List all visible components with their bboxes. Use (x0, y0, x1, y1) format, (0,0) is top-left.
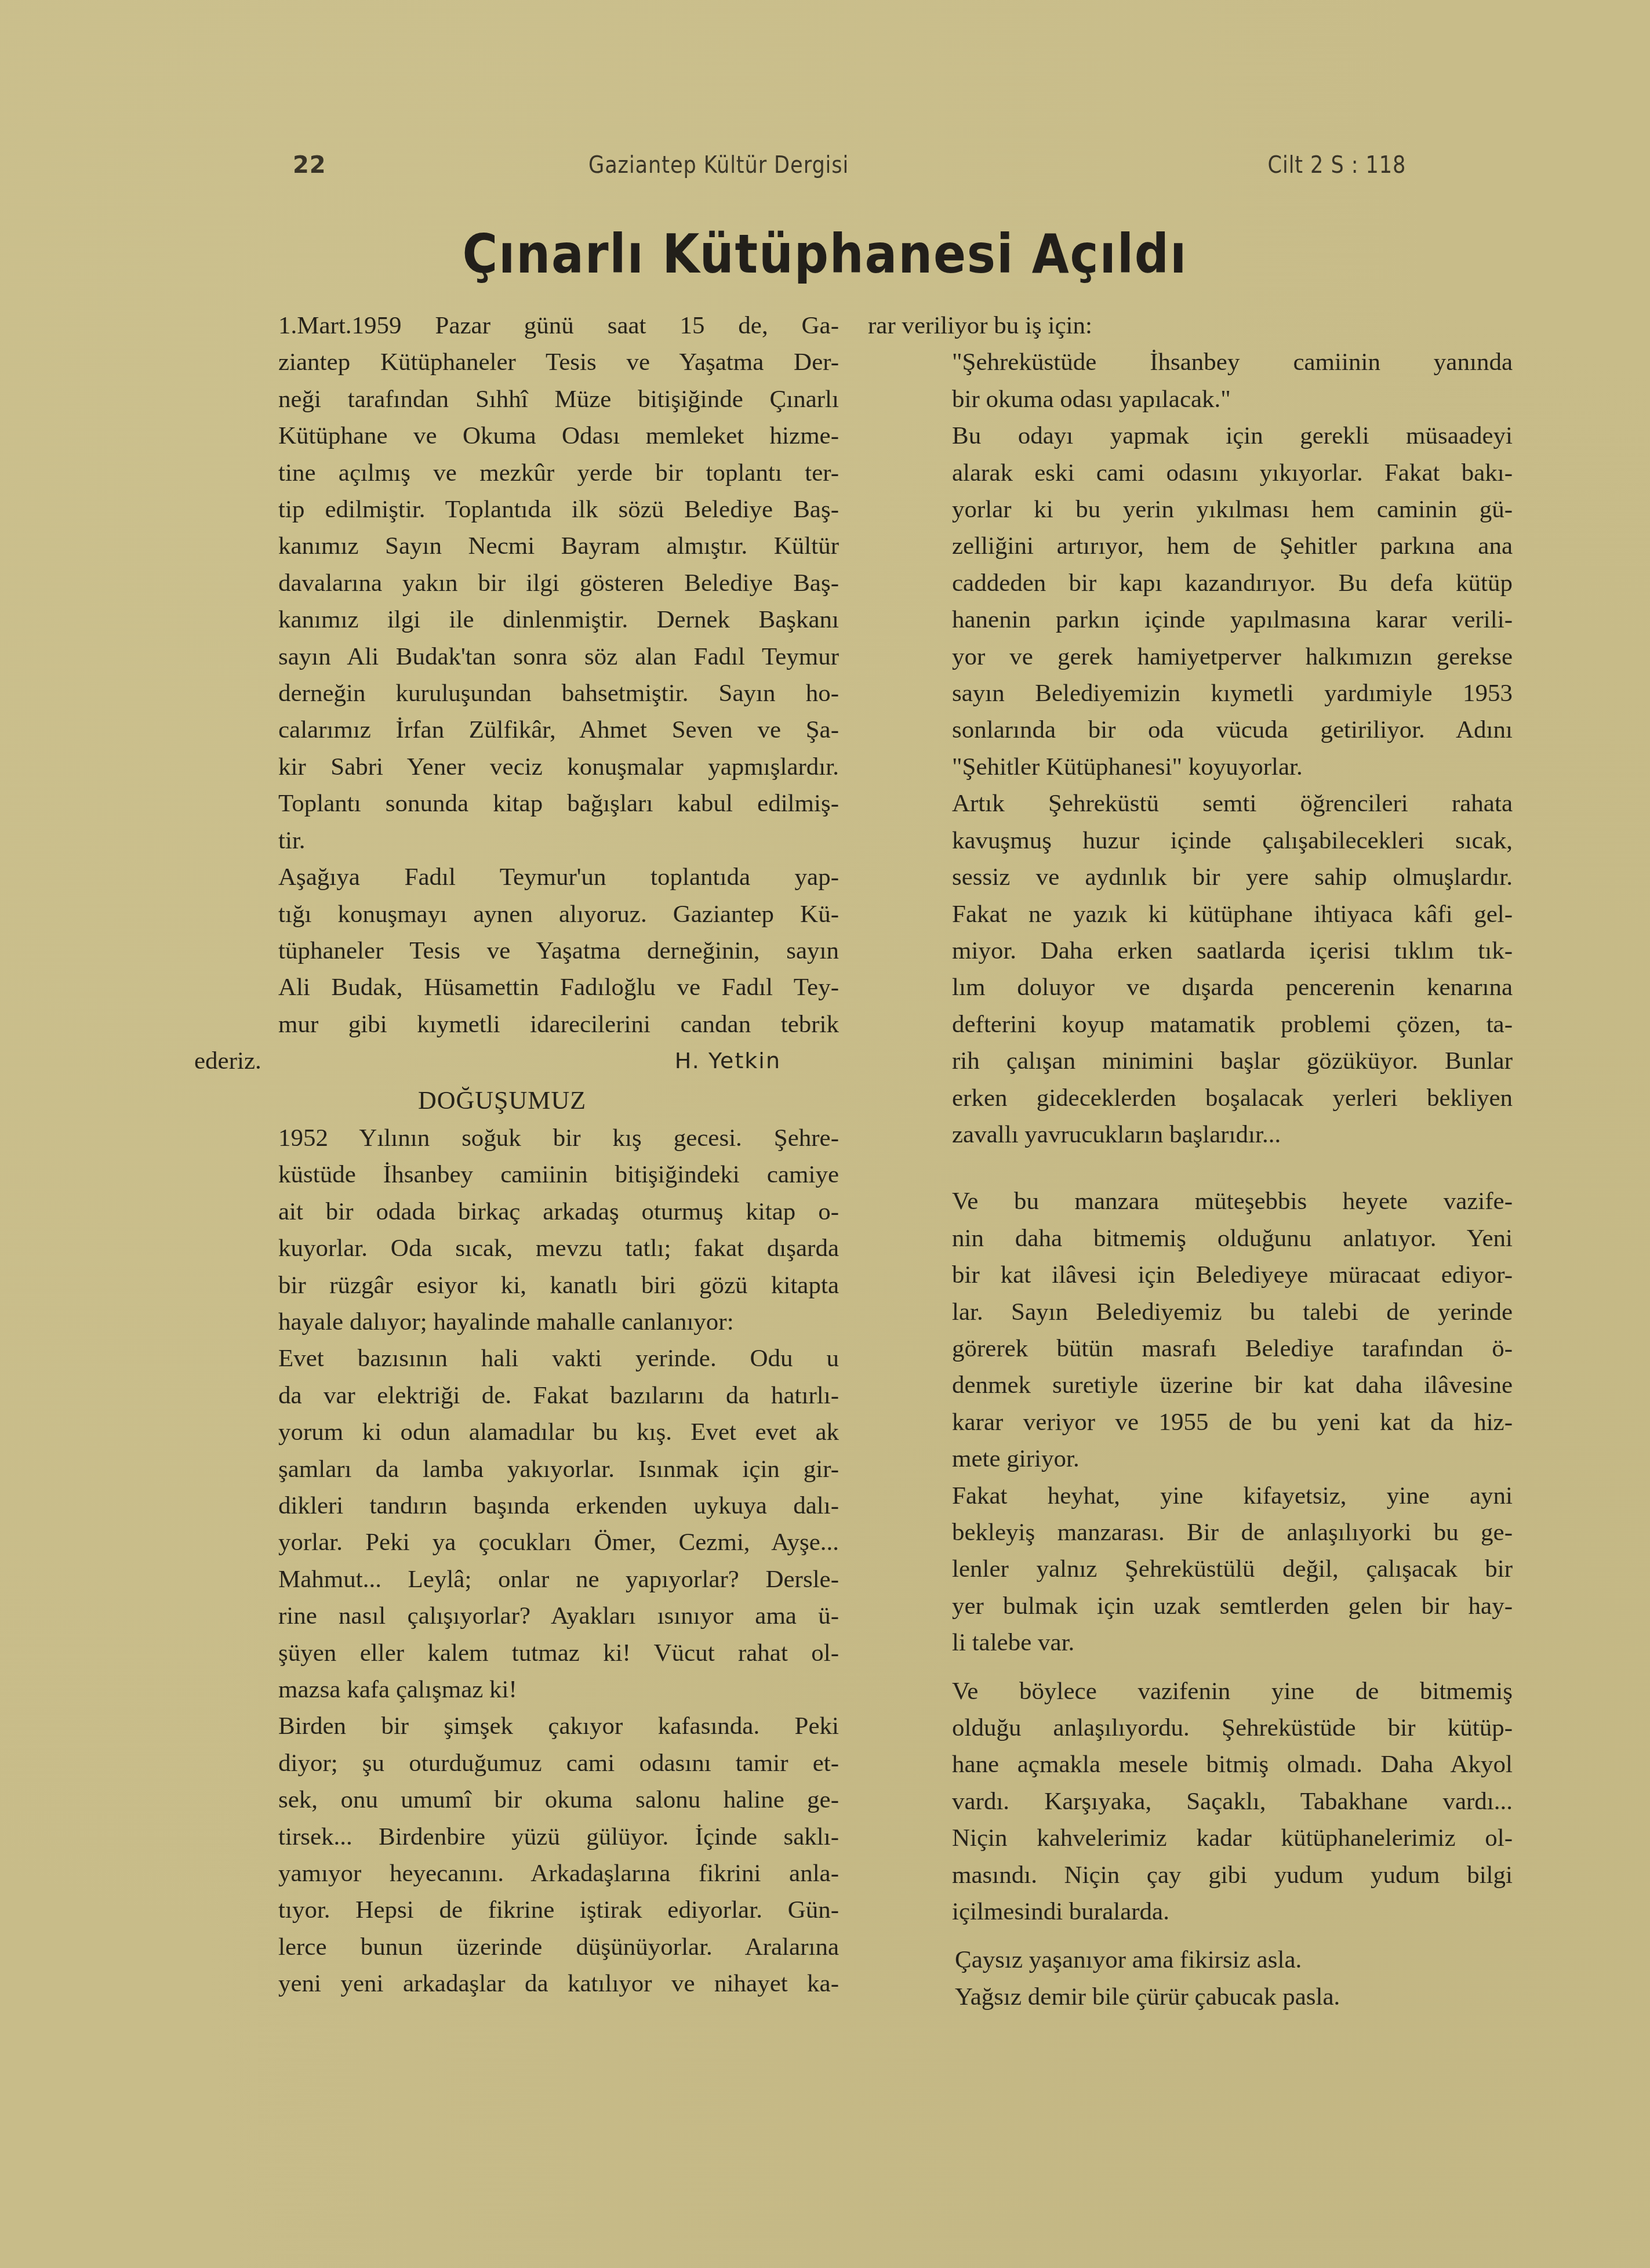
text-line: "Şehreküstüde İhsanbey camiinin yanında (868, 344, 1513, 380)
text-line: yeni yeni arkadaşlar da katılıyor ve nih… (194, 1965, 839, 2002)
signature-row: ederiz. H. Yetkin (194, 1043, 839, 1079)
text-line: zelliğini artırıyor, hem de Şehitler par… (868, 528, 1513, 564)
text-line: kanımız Sayın Necmi Bayram almıştır. Kül… (194, 528, 839, 564)
text-line: neği tarafından Sıhhî Müze bitişiğinde Ç… (194, 381, 839, 418)
text-line: Artık Şehreküstü semti öğrencileri rahat… (868, 785, 1513, 822)
text-line: sayın Belediyemizin kıymetli yardımiyle … (868, 675, 1513, 712)
paragraph: Bu odayı yapmak için gerekli müsaadeyi a… (868, 418, 1513, 785)
text-line: Fakat heyhat, yine kifayetsiz, yine ayni (868, 1478, 1513, 1514)
paragraph-continuation: rar veriliyor bu iş için: (868, 307, 1513, 344)
text-line: yorum ki odun alamadılar bu kış. Evet ev… (194, 1414, 839, 1450)
text-line: yor ve gerek hamiyetperver halkımızın ge… (868, 638, 1513, 675)
text-line: Mahmut... Leylâ; onlar ne yapıyorlar? De… (194, 1561, 839, 1598)
quote-paragraph: "Şehreküstüde İhsanbey camiinin yanında … (868, 344, 1513, 418)
paragraph: Ve böylece vazifenin yine de bitmemiş ol… (868, 1673, 1513, 1930)
text-line: mur gibi kıymetli idarecilerini candan t… (194, 1006, 839, 1043)
paragraph: 1952 Yılının soğuk bir kış gecesi. Şehre… (194, 1120, 839, 1340)
text-line: caddeden bir kapı kazandırıyor. Bu defa … (868, 565, 1513, 601)
text-line: tıyor. Hepsi de fikrine iştirak ediyorla… (194, 1892, 839, 1928)
text-line: yorlar ki bu yerin yıkılması hem caminin… (868, 491, 1513, 528)
article-title-text: Çınarlı Kütüphanesi Açıldı (463, 223, 1188, 285)
paragraph: Evet bazısının hali vakti yerinde. Odu u… (194, 1340, 839, 1708)
paragraph: Artık Şehreküstü semti öğrencileri rahat… (868, 785, 1513, 1153)
verse-line: Yağsız demir bile çürür çabucak pasla. (955, 1979, 1513, 2015)
text-line: miyor. Daha erken saatlarda içerisi tıkl… (868, 932, 1513, 969)
text-line: mazsa kafa çalışmaz ki! (194, 1671, 839, 1708)
text-line: rar veriliyor bu iş için: (868, 307, 1513, 344)
text-line: yer bulmak için uzak semtlerden gelen bi… (868, 1588, 1513, 1624)
text-line: tığı konuşmayı aynen alıyoruz. Gaziantep… (194, 896, 839, 932)
page-number: 22 (293, 152, 326, 179)
text-line: erken gideceklerden boşalacak yerleri be… (868, 1080, 1513, 1116)
paragraph-opening: 1.Mart.1959 Pazar günü saat 15 de, Ga- z… (194, 307, 839, 859)
text-line: Birden bir şimşek çakıyor kafasında. Pek… (194, 1708, 839, 1744)
text-line: Aşağıya Fadıl Teymur'un toplantıda yap- (194, 859, 839, 895)
text-line: vardı. Karşıyaka, Saçaklı, Tabakhane var… (868, 1783, 1513, 1820)
text-line: alarak eski cami odasını yıkıyorlar. Fak… (868, 455, 1513, 491)
text-line: karar veriyor ve 1955 de bu yeni kat da … (868, 1404, 1513, 1440)
text-line: zavallı yavrucukların başlarıdır... (868, 1116, 1513, 1153)
text-line: lar. Sayın Belediyemiz bu talebi de yeri… (868, 1294, 1513, 1330)
text-line: tir. (194, 822, 839, 859)
text-line: rih çalışan minimini başlar gözüküyor. B… (868, 1043, 1513, 1079)
text-line: sonlarında bir oda vücuda getiriliyor. A… (868, 712, 1513, 748)
text-line: nin daha bitmemiş olduğunu anlatıyor. Ye… (868, 1220, 1513, 1257)
text-line: tirsek... Birdenbire yüzü gülüyor. İçind… (194, 1819, 839, 1855)
paragraph: Fakat heyhat, yine kifayetsiz, yine ayni… (868, 1478, 1513, 1661)
spacer (868, 1153, 1513, 1183)
text-line: ziantep Kütüphaneler Tesis ve Yaşatma De… (194, 344, 839, 380)
article-title: Çınarlı Kütüphanesi Açıldı (0, 223, 1650, 285)
text-line: li talebe var. (868, 1624, 1513, 1661)
running-header: 22 Gaziantep Kültür Dergisi Cilt 2 S : 1… (293, 152, 1406, 187)
text-line: denmek suretiyle üzerine bir kat daha il… (868, 1367, 1513, 1403)
text-line: Ali Budak, Hüsamettin Fadıloğlu ve Fadıl… (194, 969, 839, 1006)
text-line: sek, onu umumî bir okuma salonu haline g… (194, 1781, 839, 1818)
text-line: dikleri tandırın başında erkenden uykuya… (194, 1487, 839, 1524)
left-column: 1.Mart.1959 Pazar günü saat 15 de, Ga- z… (194, 307, 839, 2002)
text-line: derneğin kuruluşundan bahsetmiştir. Sayı… (194, 675, 839, 712)
text-line: kavuşmuş huzur içinde çalışabilecekleri … (868, 822, 1513, 859)
text-line: mete giriyor. (868, 1440, 1513, 1477)
author-signature: H. Yetkin (675, 1043, 781, 1079)
text-line: hayale dalıyor; hayalinde mahalle canlan… (194, 1304, 839, 1340)
text-line: masındı. Niçin çay gibi yudum yudum bilg… (868, 1857, 1513, 1893)
text-line: davalarına yakın bir ilgi gösteren Beled… (194, 565, 839, 601)
text-line: yamıyor heyecanını. Arkadaşlarına fikrin… (194, 1855, 839, 1892)
text-line: görerek bütün masrafı Belediye tarafında… (868, 1330, 1513, 1367)
text-line: küstüde İhsanbey camiinin bitişiğindeki … (194, 1156, 839, 1193)
text-line: Ve bu manzara müteşebbis heyete vazife- (868, 1183, 1513, 1220)
text-line: şamları da lamba yakıyorlar. Isınmak içi… (194, 1451, 839, 1487)
text-line: kuyorlar. Oda sıcak, mevzu tatlı; fakat … (194, 1230, 839, 1267)
text-line: lenler yalnız Şehreküstülü değil, çalışa… (868, 1551, 1513, 1587)
text-line: defterini koyup matamatik problemi çözen… (868, 1006, 1513, 1043)
text-line: sessiz ve aydınlık bir yere sahip olmuşl… (868, 859, 1513, 895)
text-line: ederiz. (194, 1043, 261, 1079)
text-line: da var elektriği de. Fakat bazılarını da… (194, 1377, 839, 1414)
paragraph: Ve bu manzara müteşebbis heyete vazife- … (868, 1183, 1513, 1477)
text-line: Ve böylece vazifenin yine de bitmemiş (868, 1673, 1513, 1710)
text-line: lım doluyor ve dışarda pencerenin kenarı… (868, 969, 1513, 1006)
text-line: hanenin parkın içinde yapılmasına karar … (868, 601, 1513, 638)
text-line: Toplantı sonunda kitap bağışları kabul e… (194, 785, 839, 822)
text-line: kanımız ilgi ile dinlenmiştir. Dernek Ba… (194, 601, 839, 638)
text-line: tüphaneler Tesis ve Yaşatma derneğinin, … (194, 932, 839, 969)
text-line: hane açmakla mesele bitmiş olmadı. Daha … (868, 1746, 1513, 1783)
text-line: ait bir odada birkaç arkadaş oturmuş kit… (194, 1193, 839, 1230)
text-line: kir Sabri Yener veciz konuşmalar yapmışl… (194, 749, 839, 785)
paragraph-speech-intro: Aşağıya Fadıl Teymur'un toplantıda yap- … (194, 859, 839, 1043)
volume-issue: Cilt 2 S : 118 (1267, 152, 1406, 179)
section-heading: DOĞUŞUMUZ (194, 1082, 839, 1119)
text-line: bir okuma odası yapılacak." (868, 381, 1513, 418)
text-line: olduğu anlaşılıyordu. Şehreküstüde bir k… (868, 1710, 1513, 1746)
right-column: rar veriliyor bu iş için: "Şehreküstüde … (868, 307, 1513, 2015)
text-line: tip edilmiştir. Toplantıda ilk sözü Bele… (194, 491, 839, 528)
closing-verse: Çaysız yaşanıyor ama fikirsiz asla. Yağs… (868, 1942, 1513, 2015)
spacer (868, 1661, 1513, 1673)
text-line: 1.Mart.1959 Pazar günü saat 15 de, Ga- (194, 307, 839, 344)
text-line: Evet bazısının hali vakti yerinde. Odu u (194, 1340, 839, 1377)
text-line: lerce bunun üzerinde düşünüyorlar. Arala… (194, 1929, 839, 1965)
text-line: Niçin kahvelerimiz kadar kütüphanelerimi… (868, 1820, 1513, 1856)
text-line: 1952 Yılının soğuk bir kış gecesi. Şehre… (194, 1120, 839, 1156)
spacer (868, 1930, 1513, 1942)
text-line: calarımız İrfan Zülfikâr, Ahmet Seven ve… (194, 712, 839, 748)
text-line: tine açılmış ve mezkûr yerde bir toplant… (194, 455, 839, 491)
verse-line: Çaysız yaşanıyor ama fikirsiz asla. (955, 1942, 1513, 1978)
text-line: şüyen eller kalem tutmaz ki! Vücut rahat… (194, 1635, 839, 1671)
journal-name: Gaziantep Kültür Dergisi (588, 152, 849, 179)
paragraph: Birden bir şimşek çakıyor kafasında. Pek… (194, 1708, 839, 2002)
text-line: diyor; şu oturduğumuz cami odasını tamir… (194, 1745, 839, 1781)
text-line: sayın Ali Budak'tan sonra söz alan Fadıl… (194, 638, 839, 675)
text-line: bir rüzgâr esiyor ki, kanatlı biri gözü … (194, 1267, 839, 1304)
text-line: Kütüphane ve Okuma Odası memleket hizme- (194, 418, 839, 454)
text-line: Bu odayı yapmak için gerekli müsaadeyi (868, 418, 1513, 454)
text-line: "Şehitler Kütüphanesi" koyuyorlar. (868, 749, 1513, 785)
text-line: Fakat ne yazık ki kütüphane ihtiyaca kâf… (868, 896, 1513, 932)
text-line: içilmesindi buralarda. (868, 1893, 1513, 1930)
text-line: rine nasıl çalışıyorlar? Ayakları ısınıy… (194, 1598, 839, 1634)
text-line: bir kat ilâvesi için Belediyeye müracaat… (868, 1257, 1513, 1293)
text-line: yorlar. Peki ya çocukları Ömer, Cezmi, A… (194, 1524, 839, 1561)
text-line: bekleyiş manzarası. Bir de anlaşılıyorki… (868, 1514, 1513, 1551)
